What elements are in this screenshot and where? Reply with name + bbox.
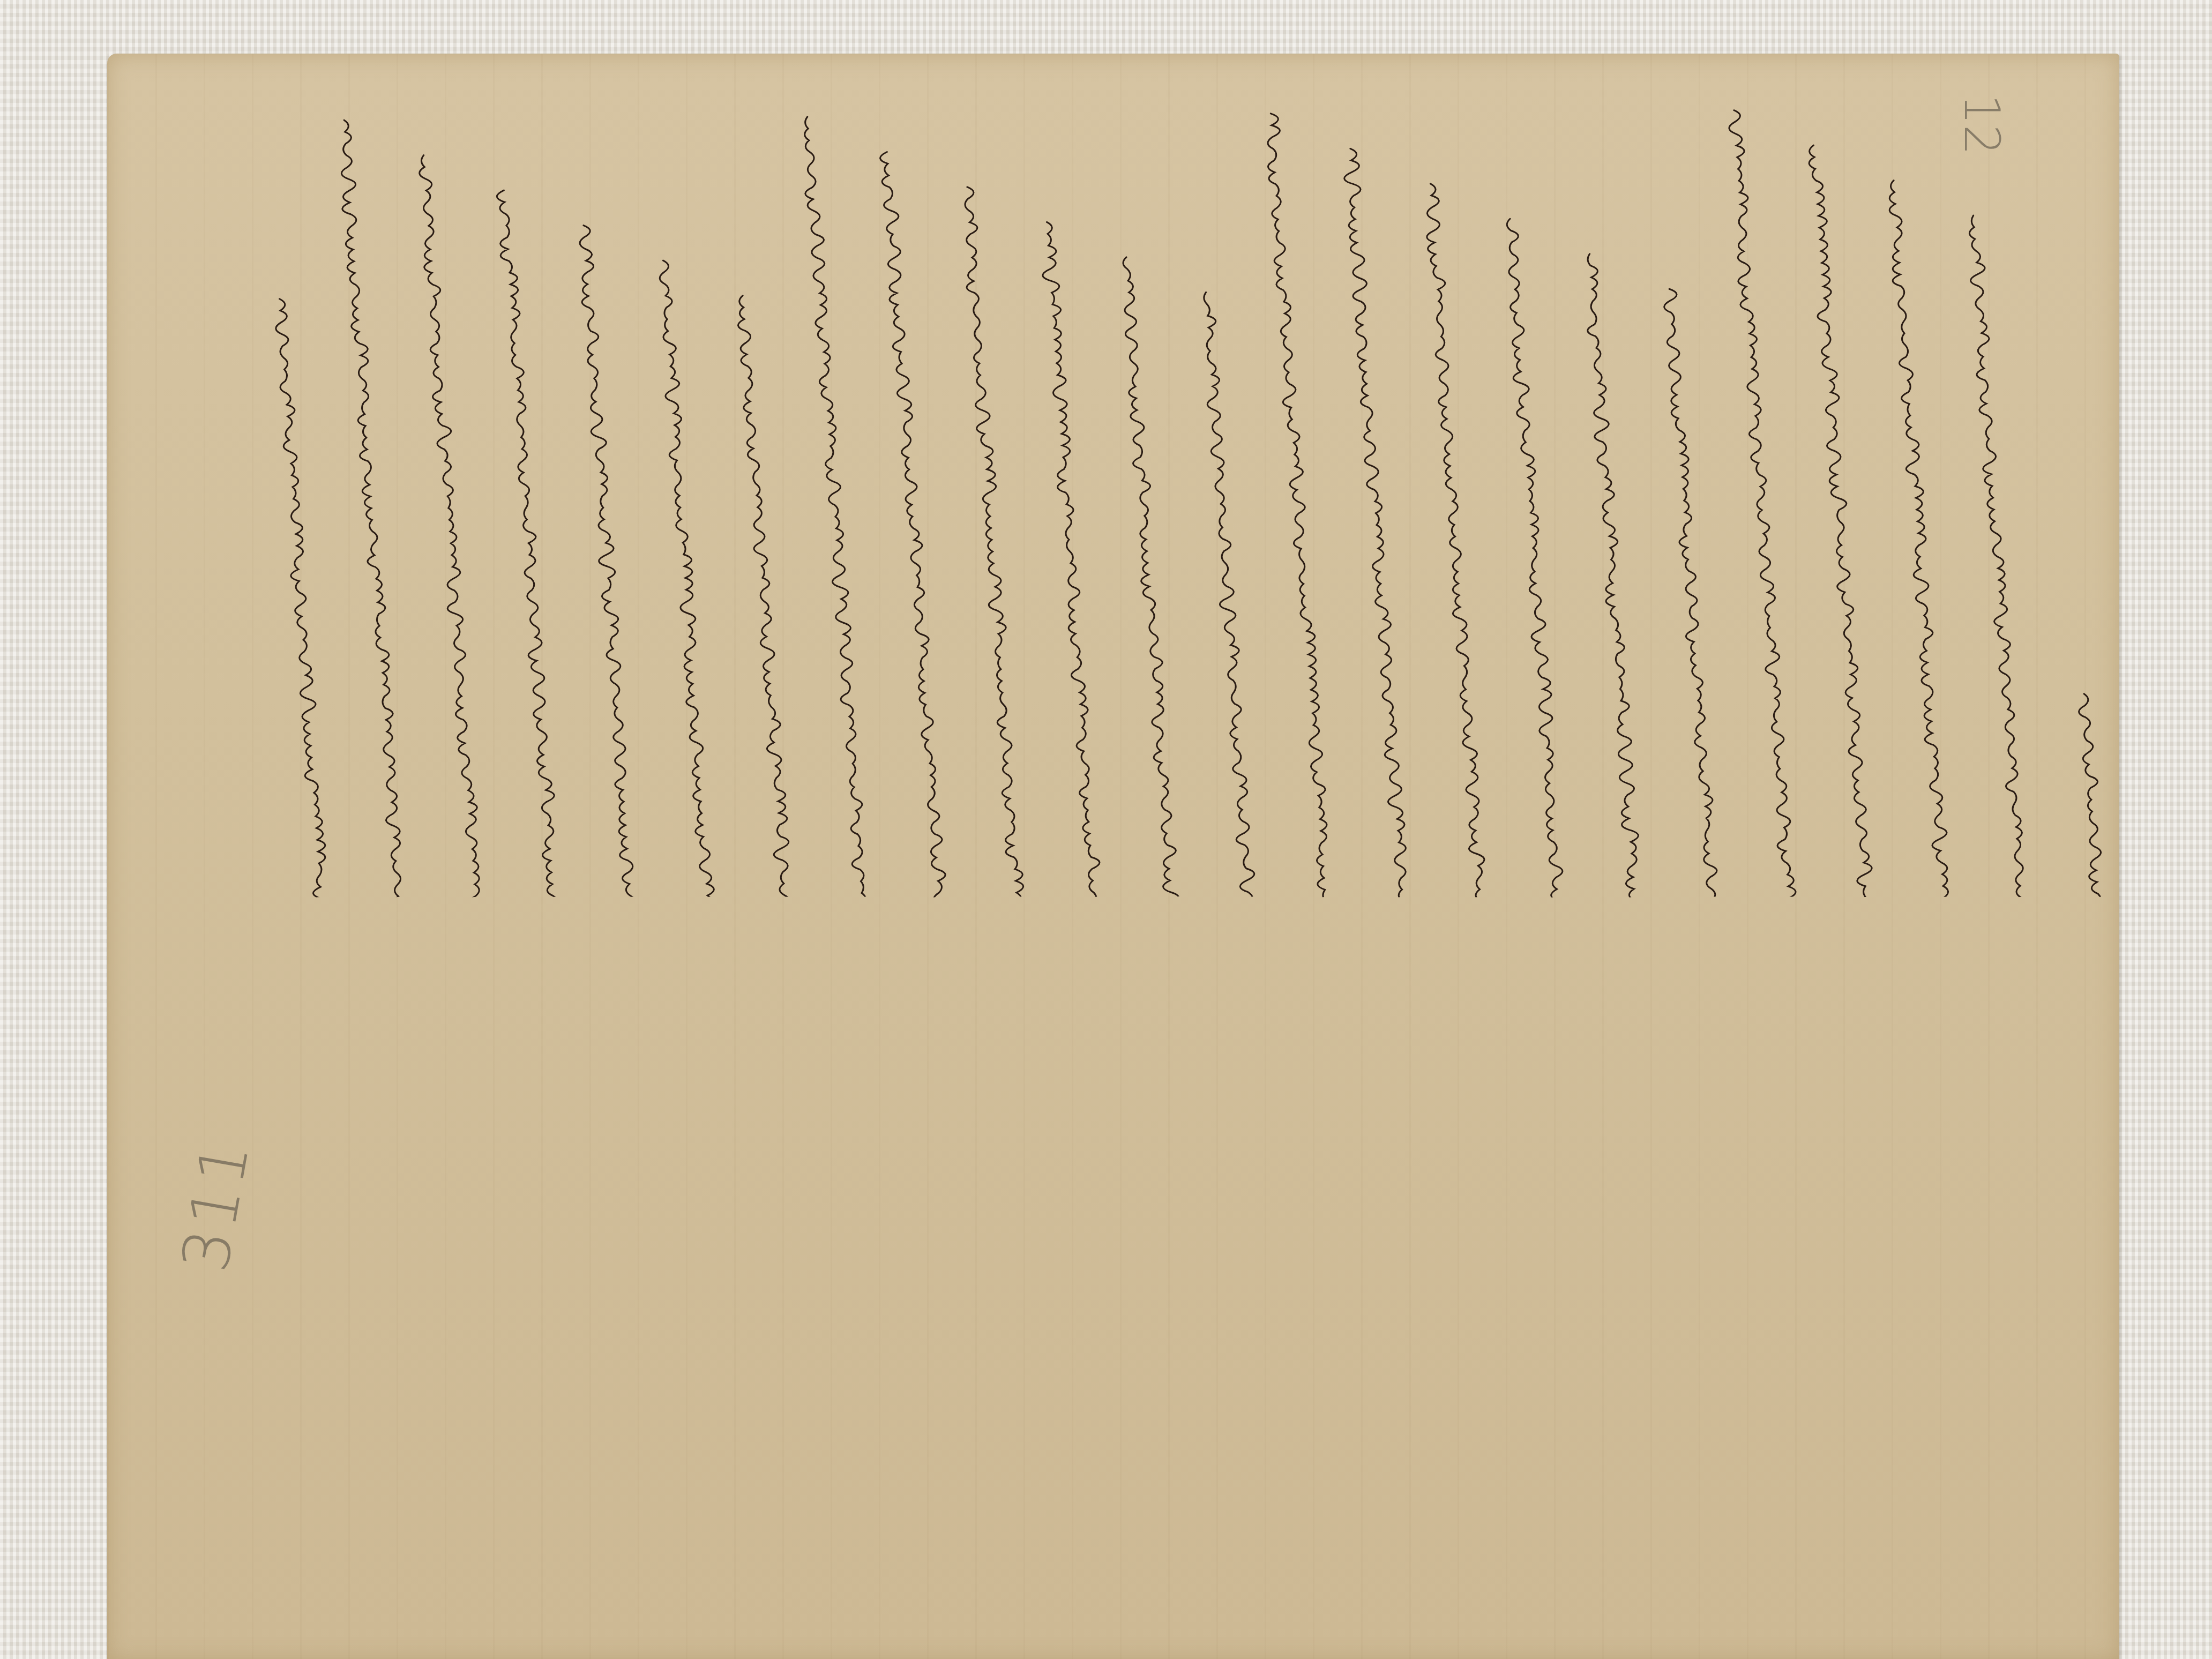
handwritten-line bbox=[1251, 94, 1344, 898]
handwritten-line bbox=[1019, 94, 1112, 898]
handwritten-line bbox=[1637, 94, 1730, 898]
handwritten-line bbox=[787, 94, 880, 898]
handwritten-line bbox=[401, 94, 494, 898]
handwritten-line bbox=[1096, 94, 1190, 898]
handwritten-line bbox=[1791, 94, 1885, 898]
handwritten-line bbox=[1869, 94, 1962, 898]
handwritten-line bbox=[1483, 94, 1576, 898]
handwritten-line bbox=[324, 94, 417, 898]
handwritten-line bbox=[1328, 94, 1421, 898]
manuscript-page: 12 311 bbox=[107, 54, 2119, 1659]
handwritten-line bbox=[1714, 94, 1807, 898]
handwritten-line bbox=[864, 94, 958, 898]
handwritten-line bbox=[1946, 94, 2039, 898]
handwritten-line bbox=[942, 94, 1035, 898]
handwritten-line bbox=[633, 94, 726, 898]
handwritten-line bbox=[479, 94, 572, 898]
handwritten-line bbox=[710, 94, 803, 898]
handwritten-line bbox=[1174, 94, 1267, 898]
handwritten-text-block bbox=[171, 96, 2101, 900]
handwritten-line bbox=[2023, 94, 2117, 898]
archive-annotation: 311 bbox=[168, 1134, 265, 1277]
handwritten-line bbox=[1406, 94, 1499, 898]
handwritten-line bbox=[246, 94, 340, 898]
handwritten-line bbox=[1560, 94, 1653, 898]
handwritten-line bbox=[556, 94, 649, 898]
